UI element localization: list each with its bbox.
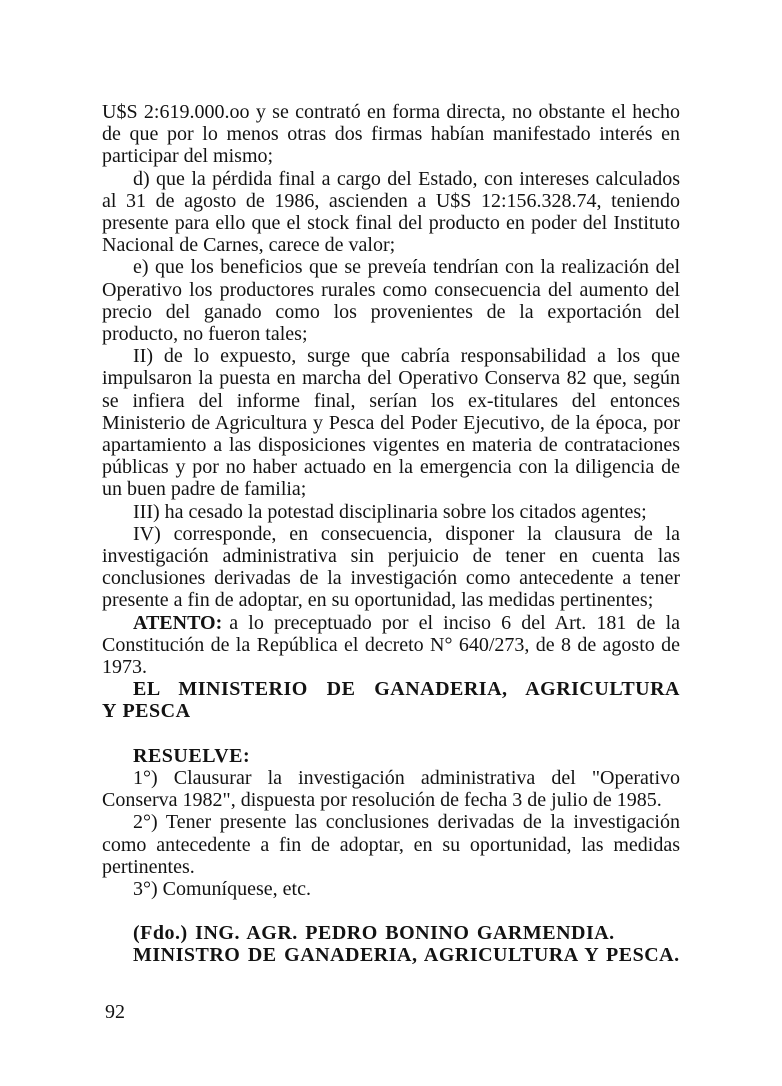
signature-line-1: (Fdo.) ING. AGR. PEDRO BONINO GARMENDIA. — [102, 922, 680, 944]
atento-paragraph: ATENTO:a lo preceptuado por el inciso 6 … — [102, 612, 680, 679]
clause-e: e) que los beneficios que se preveía ten… — [102, 256, 680, 345]
page-number: 92 — [105, 1001, 125, 1023]
resuelve-heading: RESUELVE: — [102, 745, 680, 767]
resolution-2: 2°) Tener presente las conclusiones deri… — [102, 811, 680, 878]
text-column: U$S 2:619.000.oo y se contrató en forma … — [102, 101, 680, 967]
resolution-1: 1°) Clausurar la investigación administr… — [102, 767, 680, 811]
paragraph-intro: U$S 2:619.000.oo y se contrató en forma … — [102, 101, 680, 168]
ministry-heading: EL MINISTERIO DE GANADERIA, AGRICULTURA … — [102, 678, 680, 722]
resolution-3: 3°) Comuníquese, etc. — [102, 878, 680, 900]
clause-iv: IV) corresponde, en consecuencia, dispon… — [102, 523, 680, 612]
clause-iii: III) ha cesado la potestad disciplinaria… — [102, 501, 680, 523]
scanned-page: U$S 2:619.000.oo y se contrató en forma … — [0, 0, 782, 1086]
clause-d: d) que la pérdida final a cargo del Esta… — [102, 168, 680, 257]
signature-line-2: MINISTRO DE GANADERIA, AGRICULTURA Y PES… — [102, 944, 680, 966]
atento-label: ATENTO: — [133, 612, 222, 634]
clause-ii: II) de lo expuesto, surge que cabría res… — [102, 345, 680, 500]
